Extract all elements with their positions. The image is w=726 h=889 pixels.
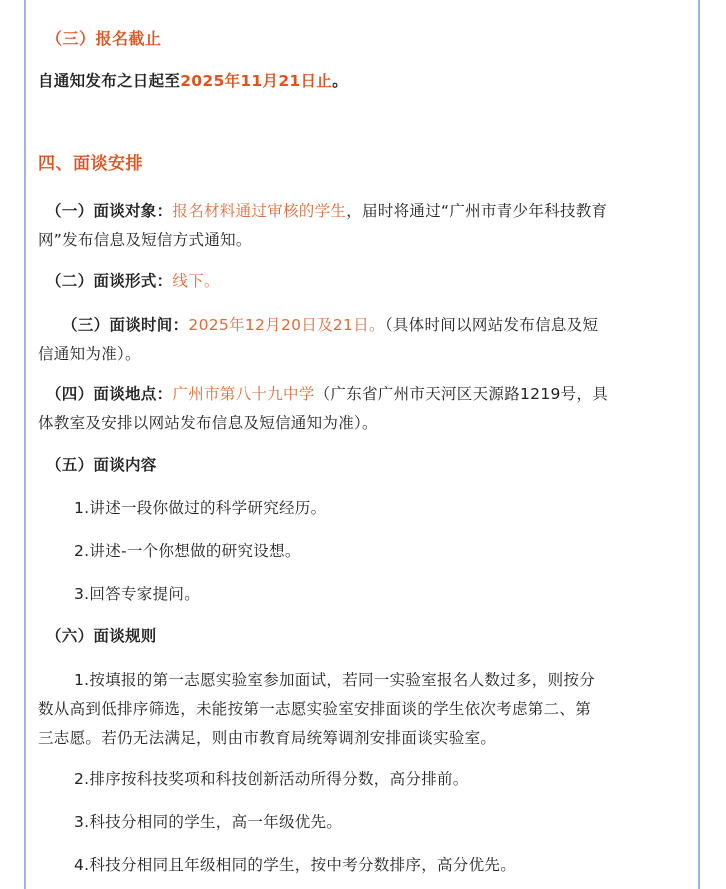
rule-1-line3: 三志愿。若仍无法满足，则由市教育局统筹调剂安排面谈实验室。 (38, 724, 496, 753)
interview-content-heading: （五）面谈内容 (46, 451, 157, 480)
interview-target-highlight: 报名材料通过审核的学生 (172, 202, 346, 220)
interview-location-rest: （广东省广州市天河区天源路1219号，具 (315, 385, 608, 403)
interview-target-line1: （一）面谈对象：报名材料通过审核的学生，届时将通过“广州市青少年科技教育 (46, 197, 607, 226)
deadline-text: 自通知发布之日起至2025年11月21日止。 (38, 67, 348, 96)
article-frame (24, 0, 700, 889)
interview-format: （二）面谈形式：线下。 (46, 267, 220, 296)
rule-3: 3.科技分相同的学生，高一年级优先。 (74, 808, 342, 837)
interview-time-label: （三）面谈时间： (62, 316, 188, 334)
interview-target-line2: 网”发布信息及短信方式通知。 (38, 226, 252, 255)
deadline-suffix: 。 (332, 72, 348, 90)
interview-location-value: 广州市第八十九中学 (172, 385, 314, 403)
section-heading-interview-arrangement: 四、面谈安排 (38, 150, 143, 179)
rule-1-line1: 1.按填报的第一志愿实验室参加面试，若同一实验室报名人数过多，则按分 (74, 666, 595, 695)
interview-format-value: 线下。 (172, 272, 219, 290)
interview-location-line1: （四）面谈地点：广州市第八十九中学（广东省广州市天河区天源路1219号，具 (46, 380, 608, 409)
interview-target-label: （一）面谈对象： (46, 202, 172, 220)
rule-4: 4.科技分相同且年级相同的学生，按中考分数排序，高分优先。 (74, 851, 516, 880)
interview-content-point-1: 1.讲述一段你做过的科学研究经历。 (74, 494, 326, 523)
interview-rules-heading: （六）面谈规则 (46, 622, 157, 651)
interview-format-label: （二）面谈形式： (46, 272, 172, 290)
deadline-prefix: 自通知发布之日起至 (38, 72, 180, 90)
deadline-date: 2025年11月21日止 (180, 72, 332, 90)
section-heading-registration-deadline: （三）报名截止 (46, 24, 162, 53)
interview-content-point-3: 3.回答专家提问。 (74, 580, 200, 609)
interview-location-line2: 体教室及安排以网站发布信息及短信通知为准）。 (38, 409, 378, 438)
interview-location-label: （四）面谈地点： (46, 385, 172, 403)
interview-time-line1: （三）面谈时间：2025年12月20日及21日。（具体时间以网站发布信息及短 (62, 311, 598, 340)
rule-1-line2: 数从高到低排序筛选，未能按第一志愿实验室安排面谈的学生依次考虑第二、第 (38, 695, 591, 724)
rule-2: 2.排序按科技奖项和科技创新活动所得分数，高分排前。 (74, 765, 469, 794)
interview-time-rest: （具体时间以网站发布信息及短 (385, 316, 598, 334)
interview-target-rest: ，届时将通过“广州市青少年科技教育 (346, 202, 607, 220)
interview-time-line2: 信通知为准）。 (38, 340, 141, 369)
interview-time-value: 2025年12月20日及21日。 (188, 316, 384, 334)
interview-content-point-2: 2.讲述-一个你想做的研究设想。 (74, 537, 301, 566)
